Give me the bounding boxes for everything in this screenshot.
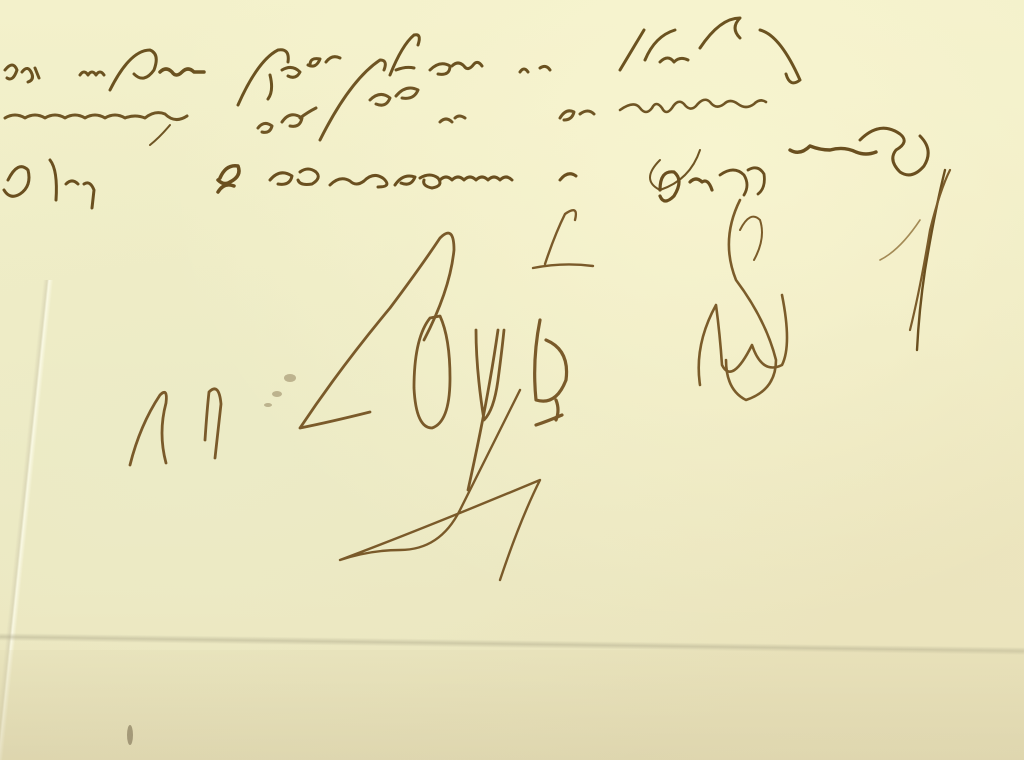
parchment-sheet: ...ghe mestier ... de heur ... office...… xyxy=(0,0,1024,760)
body-line-2-strokes xyxy=(5,60,766,190)
body-line-3-strokes xyxy=(4,128,945,350)
countersignature-strokes xyxy=(699,170,950,400)
signature-strokes xyxy=(130,210,593,580)
ink-stains xyxy=(127,374,296,745)
handwriting-ink xyxy=(0,0,1024,760)
